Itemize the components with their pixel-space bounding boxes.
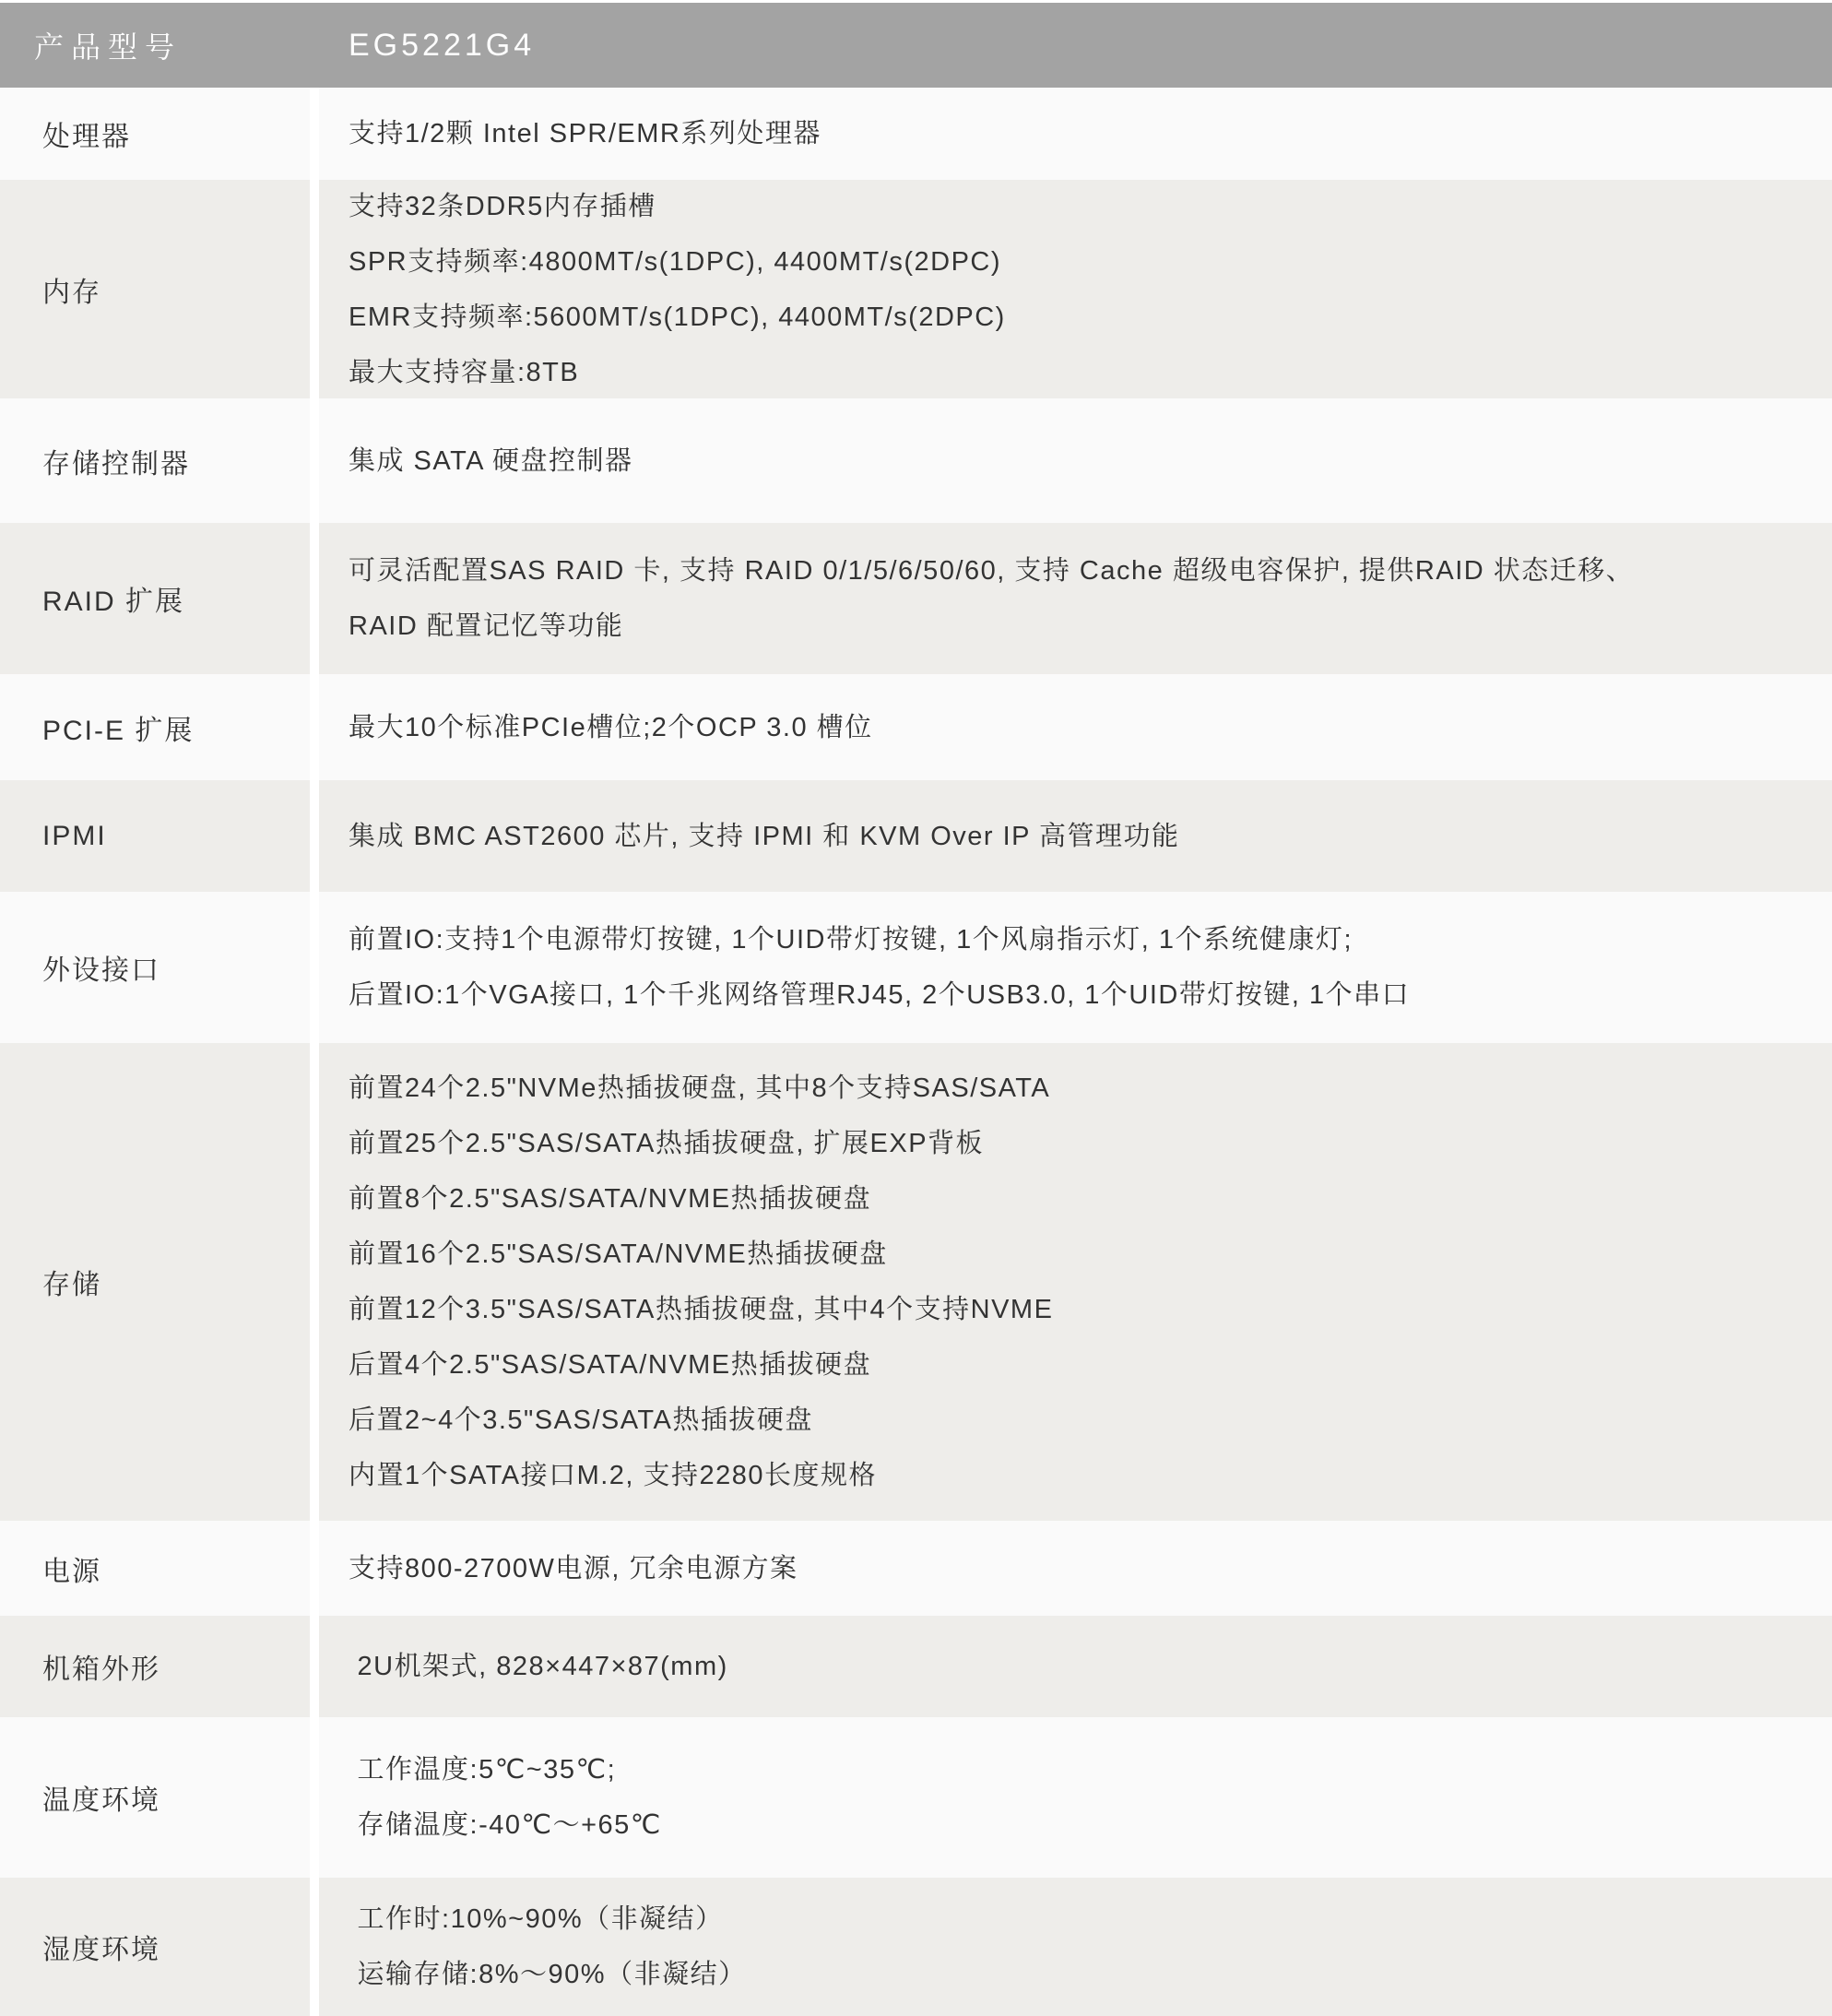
spec-row-pcie-expansion: PCI-E 扩展 最大10个标准PCIe槽位;2个OCP 3.0 槽位 [0, 674, 1832, 780]
spec-row-temperature: 温度环境 工作温度:5℃~35℃; 存储温度:-40℃～+65℃ [0, 1717, 1832, 1878]
row-value-memory: 支持32条DDR5内存插槽 SPR支持频率:4800MT/s(1DPC), 44… [319, 180, 1832, 398]
row-label-io-ports: 外设接口 [0, 892, 310, 1043]
spec-line: 前置8个2.5"SAS/SATA/NVME热插拔硬盘 [349, 1171, 1832, 1227]
spec-line: SPR支持频率:4800MT/s(1DPC), 4400MT/s(2DPC) [349, 234, 1832, 290]
product-model: EG5221G4 [349, 18, 1832, 73]
column-divider [310, 892, 319, 1043]
row-label-ipmi: IPMI [0, 780, 310, 892]
header-label: 产品型号 [0, 3, 310, 88]
spec-line: 前置24个2.5"NVMe热插拔硬盘, 其中8个支持SAS/SATA [349, 1061, 1832, 1116]
row-label-power: 电源 [0, 1521, 310, 1616]
column-divider [310, 1717, 319, 1878]
spec-line: 支持32条DDR5内存插槽 [349, 180, 1832, 234]
spec-line: 前置25个2.5"SAS/SATA热插拔硬盘, 扩展EXP背板 [349, 1116, 1832, 1171]
row-label-humidity: 湿度环境 [0, 1878, 310, 2016]
spec-line: 存储温度:-40℃～+65℃ [349, 1797, 1832, 1853]
row-label-processor: 处理器 [0, 88, 310, 180]
header-row: 产品型号 EG5221G4 [0, 3, 1832, 88]
spec-line: 前置IO:支持1个电源带灯按键, 1个UID带灯按键, 1个风扇指示灯, 1个系… [349, 912, 1832, 967]
spec-line: EMR支持频率:5600MT/s(1DPC), 4400MT/s(2DPC) [349, 290, 1832, 345]
spec-line: RAID 配置记忆等功能 [349, 599, 1832, 654]
row-value-power: 支持800-2700W电源, 冗余电源方案 [319, 1521, 1832, 1616]
row-value-pcie-expansion: 最大10个标准PCIe槽位;2个OCP 3.0 槽位 [319, 674, 1832, 780]
spec-line: 工作温度:5℃~35℃; [349, 1742, 1832, 1797]
row-label-raid-expansion: RAID 扩展 [0, 523, 310, 674]
row-value-raid-expansion: 可灵活配置SAS RAID 卡, 支持 RAID 0/1/5/6/50/60, … [319, 523, 1832, 674]
spec-line: 运输存储:8%～90%（非凝结） [349, 1947, 1832, 2002]
row-value-io-ports: 前置IO:支持1个电源带灯按键, 1个UID带灯按键, 1个风扇指示灯, 1个系… [319, 892, 1832, 1043]
spec-table: 产品型号 EG5221G4 处理器 支持1/2颗 Intel SPR/EMR系列… [0, 0, 1832, 2016]
row-value-humidity: 工作时:10%~90%（非凝结） 运输存储:8%～90%（非凝结） [319, 1878, 1832, 2016]
spec-line: 前置16个2.5"SAS/SATA/NVME热插拔硬盘 [349, 1227, 1832, 1282]
column-divider [310, 1616, 319, 1717]
row-label-memory: 内存 [0, 180, 310, 398]
spec-line: 最大10个标准PCIe槽位;2个OCP 3.0 槽位 [349, 700, 1832, 755]
row-value-temperature: 工作温度:5℃~35℃; 存储温度:-40℃～+65℃ [319, 1717, 1832, 1878]
row-value-ipmi: 集成 BMC AST2600 芯片, 支持 IPMI 和 KVM Over IP… [319, 780, 1832, 892]
spec-line: 前置12个3.5"SAS/SATA热插拔硬盘, 其中4个支持NVME [349, 1282, 1832, 1337]
spec-line: 内置1个SATA接口M.2, 支持2280长度规格 [349, 1448, 1832, 1503]
spec-row-raid-expansion: RAID 扩展 可灵活配置SAS RAID 卡, 支持 RAID 0/1/5/6… [0, 523, 1832, 674]
spec-line: 工作时:10%~90%（非凝结） [349, 1891, 1832, 1947]
row-label-temperature: 温度环境 [0, 1717, 310, 1878]
column-divider [310, 1043, 319, 1521]
spec-row-io-ports: 外设接口 前置IO:支持1个电源带灯按键, 1个UID带灯按键, 1个风扇指示灯… [0, 892, 1832, 1043]
spec-line: 后置2~4个3.5"SAS/SATA热插拔硬盘 [349, 1393, 1832, 1448]
spec-line: 2U机架式, 828×447×87(mm) [349, 1639, 1832, 1694]
spec-line: 后置IO:1个VGA接口, 1个千兆网络管理RJ45, 2个USB3.0, 1个… [349, 967, 1832, 1023]
row-label-chassis: 机箱外形 [0, 1616, 310, 1717]
spec-line: 支持800-2700W电源, 冗余电源方案 [349, 1541, 1832, 1596]
column-divider [310, 1878, 319, 2016]
spec-row-processor: 处理器 支持1/2颗 Intel SPR/EMR系列处理器 [0, 88, 1832, 180]
row-value-chassis: 2U机架式, 828×447×87(mm) [319, 1616, 1832, 1717]
column-divider [310, 780, 319, 892]
spec-line: 可灵活配置SAS RAID 卡, 支持 RAID 0/1/5/6/50/60, … [349, 543, 1832, 599]
spec-row-memory: 内存 支持32条DDR5内存插槽 SPR支持频率:4800MT/s(1DPC),… [0, 180, 1832, 398]
spec-line: 后置4个2.5"SAS/SATA/NVME热插拔硬盘 [349, 1337, 1832, 1393]
column-divider [310, 674, 319, 780]
spec-row-humidity: 湿度环境 工作时:10%~90%（非凝结） 运输存储:8%～90%（非凝结） [0, 1878, 1832, 2016]
row-value-processor: 支持1/2颗 Intel SPR/EMR系列处理器 [319, 88, 1832, 180]
column-divider [310, 180, 319, 398]
spec-row-storage-controller: 存储控制器 集成 SATA 硬盘控制器 [0, 398, 1832, 523]
spec-line: 集成 SATA 硬盘控制器 [349, 433, 1832, 489]
header-model-value: EG5221G4 [310, 3, 1832, 88]
spec-line: 集成 BMC AST2600 芯片, 支持 IPMI 和 KVM Over IP… [349, 809, 1832, 864]
row-label-storage-controller: 存储控制器 [0, 398, 310, 523]
spec-row-chassis: 机箱外形 2U机架式, 828×447×87(mm) [0, 1616, 1832, 1717]
column-divider [310, 523, 319, 674]
spec-row-ipmi: IPMI 集成 BMC AST2600 芯片, 支持 IPMI 和 KVM Ov… [0, 780, 1832, 892]
row-label-pcie-expansion: PCI-E 扩展 [0, 674, 310, 780]
column-divider [310, 1521, 319, 1616]
spec-row-power: 电源 支持800-2700W电源, 冗余电源方案 [0, 1521, 1832, 1616]
spec-line: 最大支持容量:8TB [349, 345, 1832, 399]
column-divider [310, 88, 319, 180]
row-value-storage-controller: 集成 SATA 硬盘控制器 [319, 398, 1832, 523]
spec-line: 支持1/2颗 Intel SPR/EMR系列处理器 [349, 106, 1832, 161]
row-label-storage: 存储 [0, 1043, 310, 1521]
column-divider [310, 398, 319, 523]
row-value-storage: 前置24个2.5"NVMe热插拔硬盘, 其中8个支持SAS/SATA 前置25个… [319, 1043, 1832, 1521]
spec-row-storage: 存储 前置24个2.5"NVMe热插拔硬盘, 其中8个支持SAS/SATA 前置… [0, 1043, 1832, 1521]
